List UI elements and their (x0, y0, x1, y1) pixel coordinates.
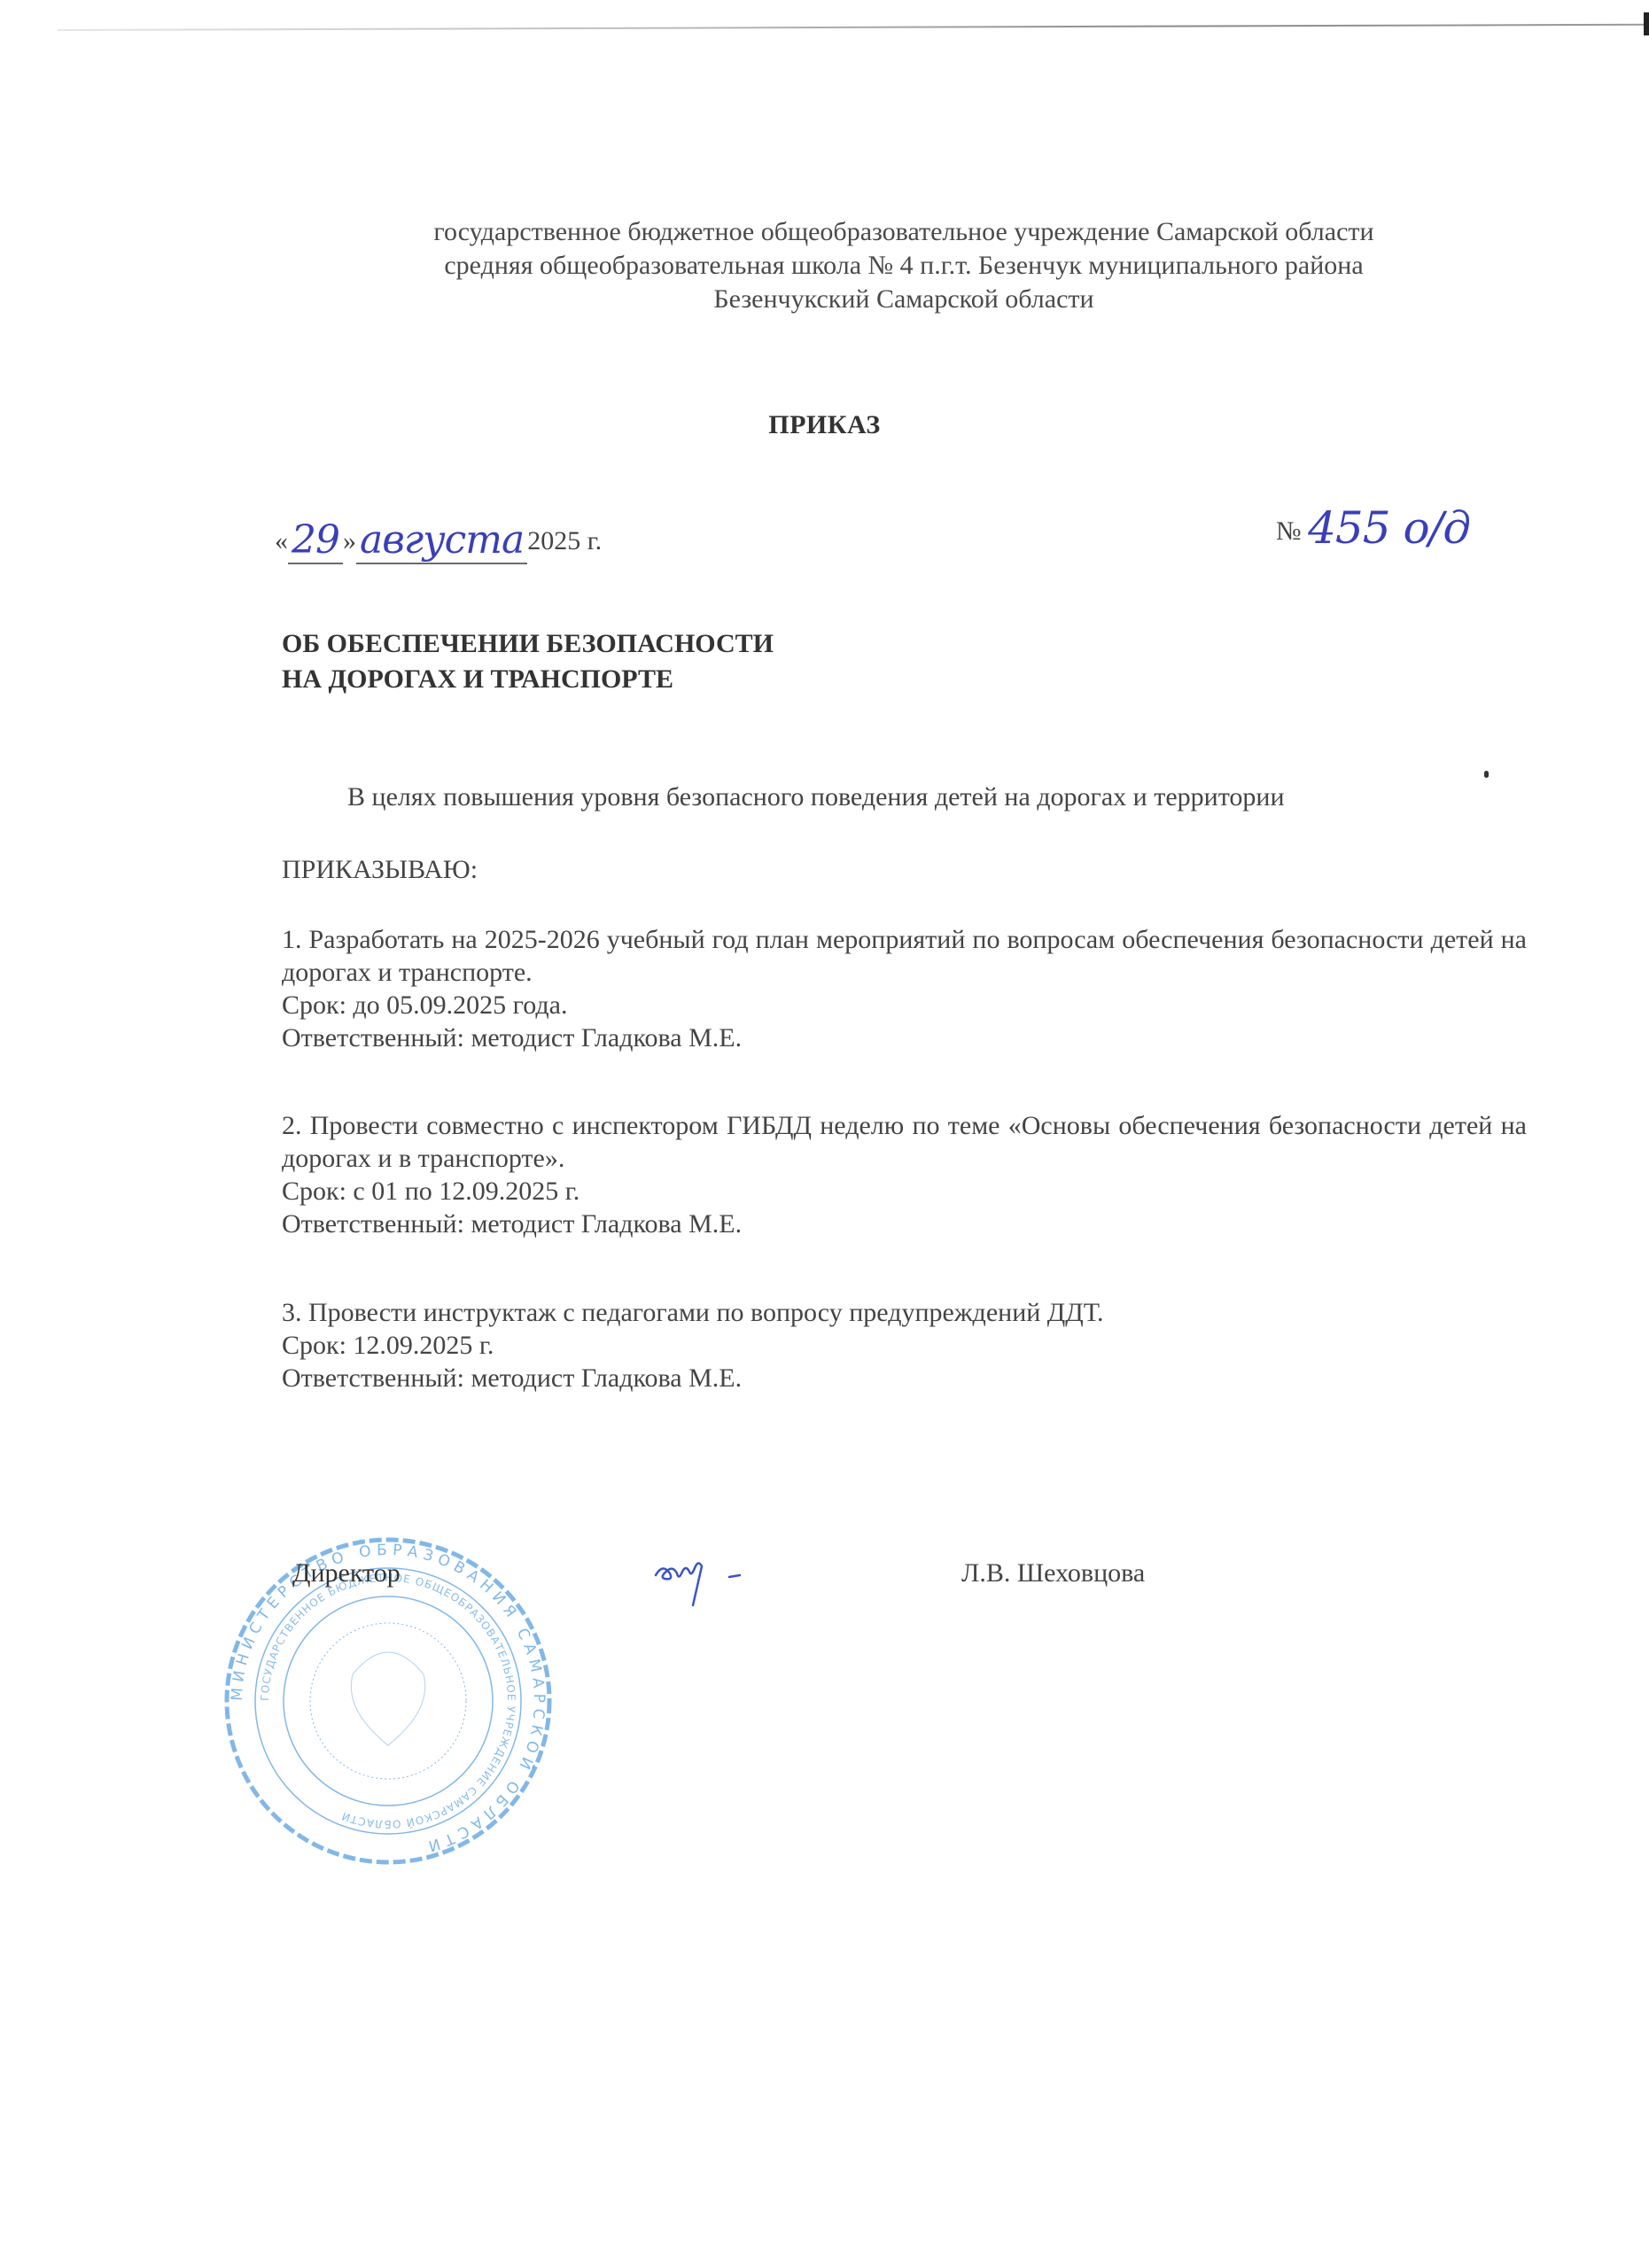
handwritten-day: 29 (288, 517, 343, 564)
date-year: 2025 г. (527, 526, 602, 555)
order-item-deadline: Срок: с 01 по 12.09.2025 г. (282, 1175, 1527, 1208)
order-item-responsible: Ответственный: методист Гладкова М.Е. (282, 1021, 1527, 1054)
order-item-deadline: Срок: 12.09.2025 г. (282, 1329, 1527, 1362)
order-item-responsible: Ответственный: методист Гладкова М.Е. (282, 1362, 1527, 1394)
order-item-text: 1. Разработать на 2025-2026 учебный год … (282, 923, 1527, 989)
order-item-2: 2. Провести совместно с инспектором ГИБД… (282, 1109, 1527, 1240)
organization-line: средняя общеобразовательная школа № 4 п.… (310, 249, 1497, 283)
order-item-1: 1. Разработать на 2025-2026 учебный год … (282, 923, 1527, 1054)
handwritten-number: 455 о/д (1308, 502, 1470, 554)
order-item-text: 3. Провести инструктаж с педагогами по в… (282, 1296, 1527, 1329)
organization-header: государственное бюджетное общеобразовате… (310, 215, 1497, 316)
organization-line: государственное бюджетное общеобразовате… (310, 215, 1497, 249)
scan-edge-mark (1644, 12, 1649, 35)
handwritten-month: августа (356, 517, 527, 564)
preamble: В целях повышения уровня безопасного пов… (347, 781, 1285, 813)
order-item-deadline: Срок: до 05.09.2025 года. (282, 989, 1527, 1021)
signatory-name: Л.В. Шеховцова (961, 1557, 1145, 1589)
subject-line: НА ДОРОГАХ И ТРАНСПОРТЕ (282, 662, 774, 697)
order-item-responsible: Ответственный: методист Гладкова М.Е. (282, 1208, 1527, 1240)
organization-line: Безенчукский Самарской области (310, 283, 1497, 316)
scan-speck (1484, 771, 1489, 778)
order-item-text: 2. Провести совместно с инспектором ГИБД… (282, 1109, 1527, 1175)
document-type-title: ПРИКАЗ (0, 409, 1649, 441)
date-close-quote: » (343, 526, 356, 555)
signatory-position: Директор (292, 1557, 401, 1589)
orders-label: ПРИКАЗЫВАЮ: (282, 854, 478, 886)
subject-line: ОБ ОБЕСПЕЧЕНИИ БЕЗОПАСНОСТИ (282, 626, 774, 662)
scan-edge-line (58, 24, 1649, 31)
svg-text:ГОСУДАРСТВЕННОЕ БЮДЖЕТНОЕ ОБЩЕ: ГОСУДАРСТВЕННОЕ БЮДЖЕТНОЕ ОБЩЕОБРАЗОВАТЕ… (259, 1572, 517, 1830)
handwritten-signature-icon (651, 1540, 766, 1611)
order-number: № 455 о/д (1276, 509, 1470, 548)
order-subject: ОБ ОБЕСПЕЧЕНИИ БЕЗОПАСНОСТИ НА ДОРОГАХ И… (282, 626, 774, 697)
number-prefix: № (1276, 517, 1302, 546)
order-date: «29»августа2025 г. (275, 521, 602, 557)
date-open-quote: « (275, 526, 288, 555)
order-item-3: 3. Провести инструктаж с педагогами по в… (282, 1296, 1527, 1394)
